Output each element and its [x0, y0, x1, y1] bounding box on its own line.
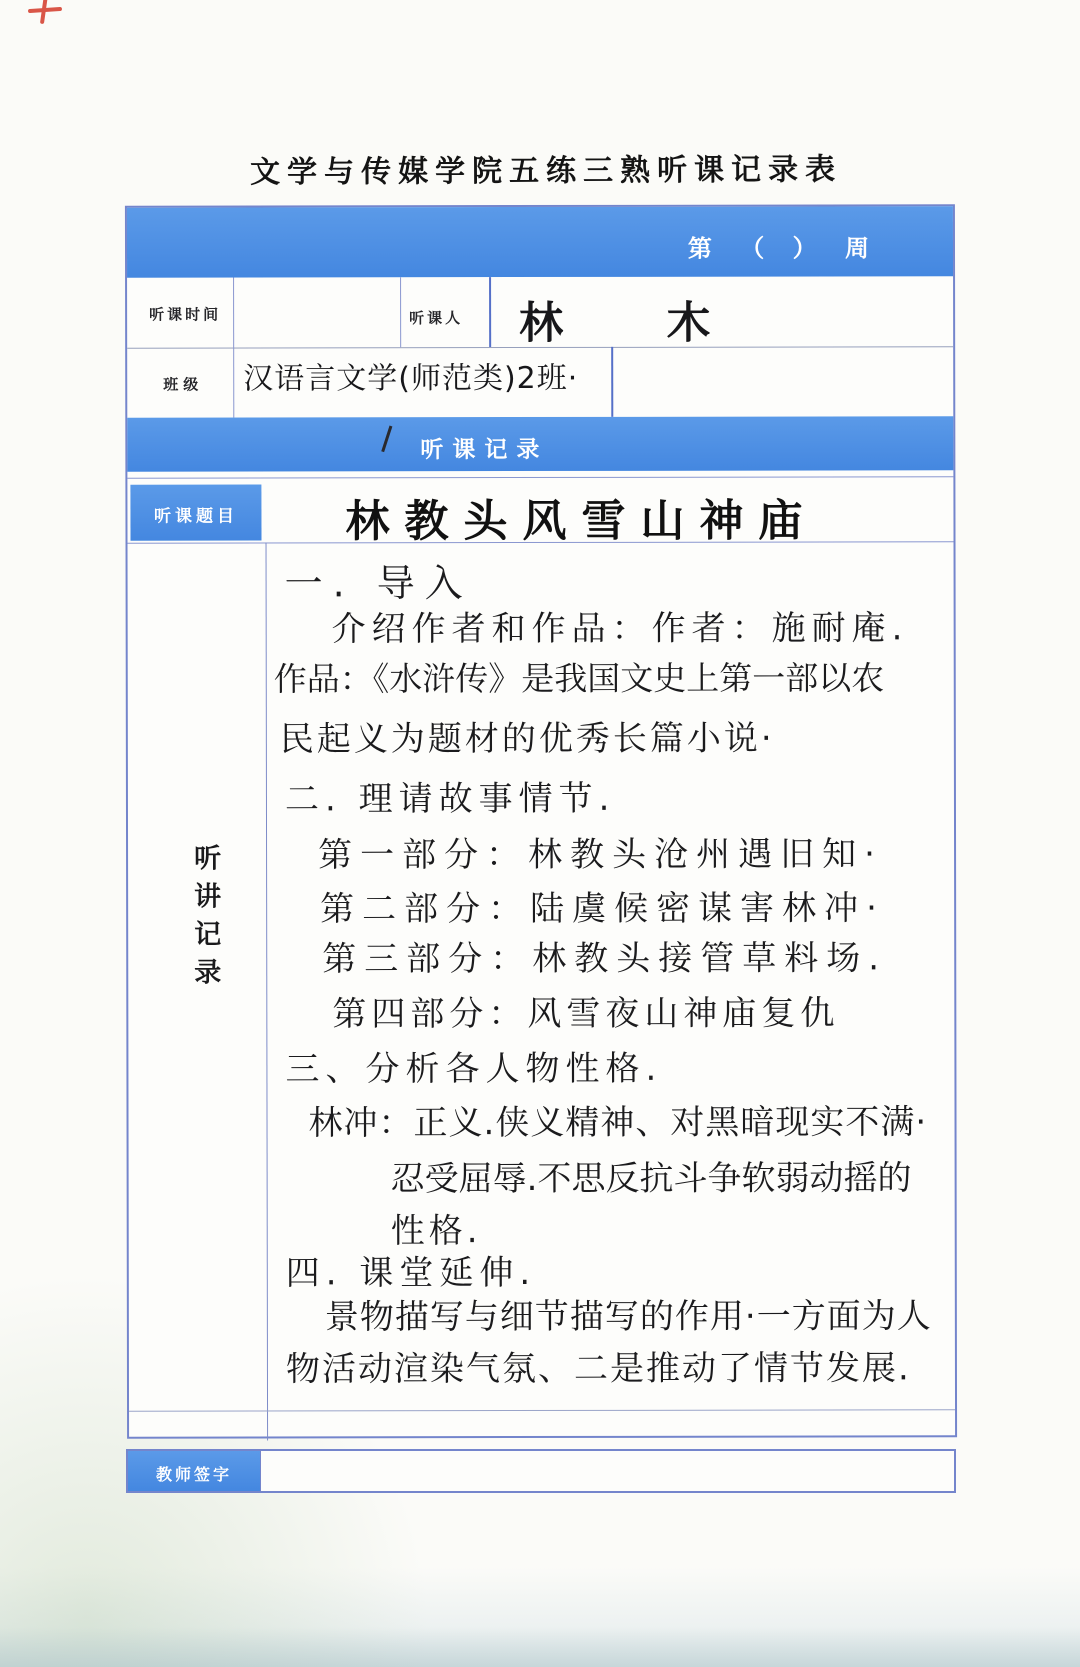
listener-label: 听课人 [409, 307, 463, 328]
note-line: 第一部分：林教头沧州遇旧知· [318, 826, 883, 876]
note-line: 林冲：正义.侠义精神、对黑暗现实不满· [308, 1094, 927, 1144]
teacher-signature-row: 教师签字 [126, 1449, 956, 1493]
note-line: 二. 理请故事情节. [285, 771, 616, 821]
note-line: 第四部分：风雪夜山神庙复仇 [332, 985, 839, 1035]
note-line: 第二部分：陆虞候密谋害林冲· [320, 880, 885, 930]
form-title: 文学与传媒学院五练三熟听课记录表 [250, 145, 750, 192]
note-line: 作品：《水浒传》是我国文史上第一部以农 [274, 652, 885, 700]
scanned-form-page: 文学与传媒学院五练三熟听课记录表 第 （ ） 周 听课时间 听课人 林 木 班级… [0, 0, 1080, 1667]
note-line: 介绍作者和作品：作者：施耐庵. [332, 600, 909, 650]
listen-time-label: 听课时间 [149, 304, 221, 325]
note-line: 民起义为题材的优秀长篇小说· [280, 711, 775, 761]
class-label: 班级 [163, 374, 203, 395]
scan-edge-tint [0, 1627, 1080, 1667]
listener-name-value: 林 木 [519, 287, 754, 351]
table-divider [129, 1409, 955, 1411]
record-section-bar: 听课记录 [127, 416, 953, 471]
teacher-signature-label-cell: 教师签字 [128, 1451, 261, 1491]
table-divider [400, 277, 401, 347]
notes-vertical-label: 听讲记录 [184, 844, 224, 996]
lesson-topic-title: 林教头风雪山神庙 [237, 484, 925, 549]
note-line: 第三部分：林教头接管草料场. [322, 930, 887, 980]
table-divider [489, 277, 491, 347]
note-line: 四. 课堂延伸. [286, 1245, 537, 1294]
record-form-table: 第 （ ） 周 听课时间 听课人 林 木 班级 汉语言文学(师范类)2班· 听课… [125, 204, 957, 1438]
note-line: 景物描写与细节描写的作用·一方面为人 [325, 1288, 932, 1338]
table-divider [233, 278, 234, 348]
table-divider [266, 542, 269, 1440]
table-header-bar: 第 （ ） 周 [127, 206, 953, 277]
note-line: 物活动渲染气氛、二是推动了情节发展. [286, 1340, 911, 1390]
scan-artifact-red-mark [26, 0, 64, 26]
table-divider [611, 347, 613, 417]
teacher-signature-label: 教师签字 [128, 1462, 260, 1485]
note-line: 一. 导入 [285, 552, 473, 607]
week-label: 第 （ ） 周 [688, 228, 879, 263]
record-section-label: 听课记录 [71, 430, 897, 464]
table-divider [127, 476, 953, 478]
note-line: 三、分析各人物性格. [285, 1041, 662, 1091]
note-line: 忍受屈辱.不思反抗斗争软弱动摇的 [391, 1150, 912, 1200]
class-value: 汉语言文学(师范类)2班· [243, 353, 578, 398]
table-divider [233, 348, 234, 418]
